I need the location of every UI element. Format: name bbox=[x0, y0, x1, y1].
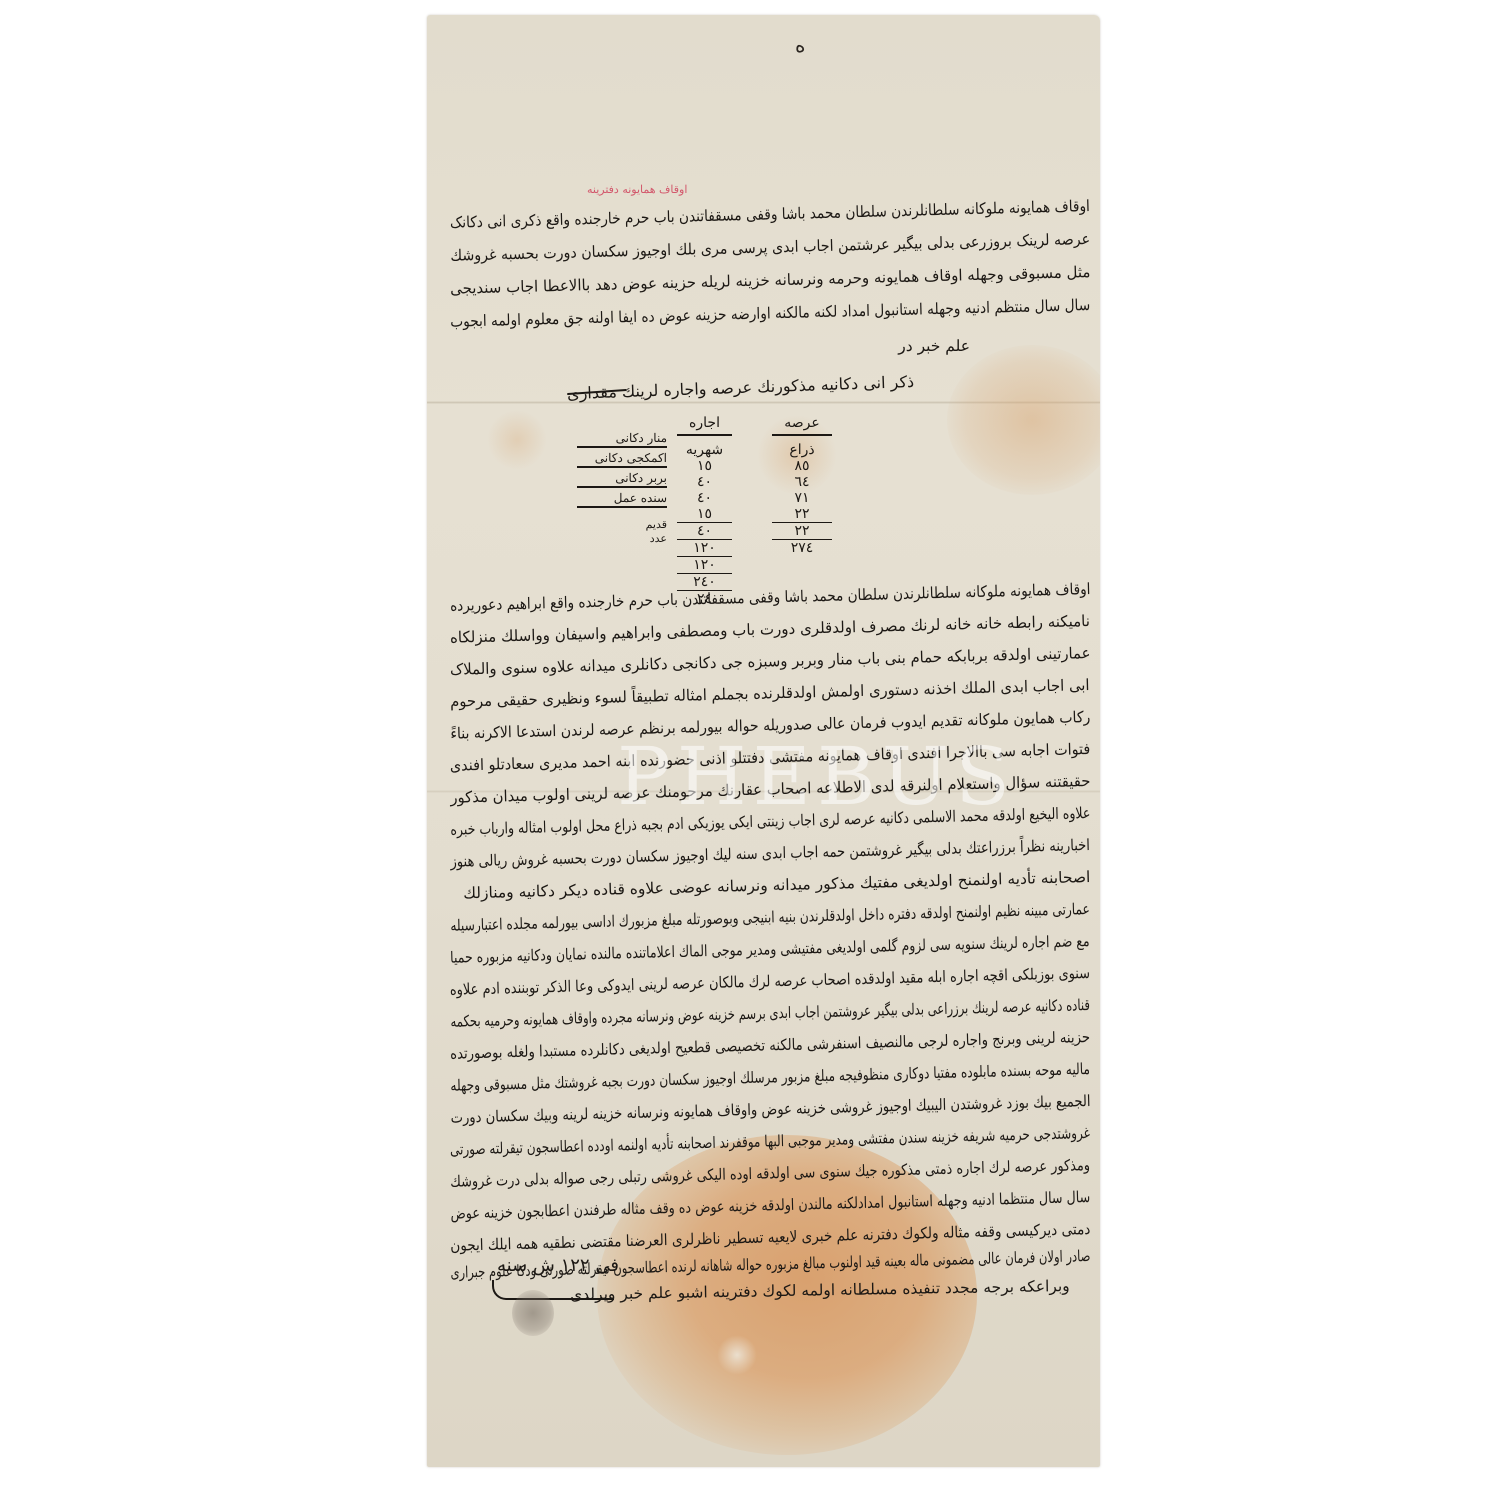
text-line: وبراعکه برجه مجدد تنفیذه مسلطانه اولمه ل… bbox=[570, 1277, 1070, 1304]
column-subheader: ذراع bbox=[772, 442, 832, 458]
text-line: سنوی بوزبلکی اقچه اجاره ابله مقید اولدقد… bbox=[450, 964, 1091, 999]
text-line: حزینه لرینی وبرنج واجاره لرجی مالنصیف اس… bbox=[450, 1028, 1090, 1063]
cell-value: ٦٤ bbox=[772, 474, 832, 490]
subtotal: ١٢٠ bbox=[677, 539, 732, 556]
text-line: قناده دکانیه عرصه لرینك برزراعی بدلی بیگ… bbox=[450, 996, 1090, 1031]
cell-value: ٢٢ bbox=[772, 506, 832, 522]
water-stain bbox=[717, 1335, 757, 1375]
extra-label: عدد bbox=[607, 532, 667, 546]
fold-line bbox=[427, 401, 1100, 404]
column-subheader: شهریه bbox=[677, 442, 732, 458]
subtotal: ١٢٠ bbox=[677, 556, 732, 573]
cell-value: ٤٠ bbox=[677, 490, 732, 506]
text-line: ومذکور عرصه لرك اجاره ذمتی مذکوره جیك سن… bbox=[450, 1156, 1090, 1191]
text-line: غروشتدجی حرمیه شریفه خزینه سندن مفتشی وم… bbox=[450, 1124, 1090, 1159]
signature-stroke bbox=[492, 1280, 614, 1300]
water-stain bbox=[947, 345, 1100, 495]
text-line: الجمیع بیك بوزد غروشتدن الیبیك اوجیوز غر… bbox=[450, 1092, 1090, 1127]
document-page: ه اوقاف همایونه دفترینه اوقاف همایونه مل… bbox=[427, 15, 1100, 1467]
column-header: عرصه bbox=[772, 415, 832, 436]
row-label: سنده عمل bbox=[577, 490, 667, 508]
text-line: نامیکنه رابطه خانه خانه لرنك مصرف اولدقل… bbox=[450, 612, 1090, 647]
red-annotation: اوقاف همایونه دفترینه bbox=[587, 183, 687, 196]
text-line: علم خبر در bbox=[898, 337, 970, 355]
column-icare: اجاره شهریه ١٥ ٤٠ ٤٠ ١٥ ٤٠ ١٢٠ ١٢٠ ٢٤٠ ٢… bbox=[677, 415, 732, 607]
text-line: سال سال منتظما ادنیه وجهله استانبول امدا… bbox=[450, 1188, 1090, 1223]
row-label: منار دکانی bbox=[577, 430, 667, 448]
text-line: عمارتینی اولدقه بربابکه حمام بنی باب منا… bbox=[449, 644, 1090, 679]
text-line: عرصه لرینک بروزرعی بدلی بیگیر عرشتمن اجا… bbox=[450, 230, 1090, 265]
cell-value: ٤٠ bbox=[677, 474, 732, 490]
text-line: اخبارینه نظراً برزراعتك بدلی بیگیر غروشت… bbox=[450, 836, 1090, 871]
extra-label: قدیم bbox=[607, 518, 667, 532]
table-title: ذکر انی دکانیه مذکورنك عرصه واجاره لرینك… bbox=[567, 372, 915, 403]
text-line: اصحابنه تأدیه اولنمنح اولدیغی مفتیك مذکو… bbox=[463, 868, 1091, 902]
text-line: سال سال منتظم ادنیه وجهله استانبول امداد… bbox=[450, 296, 1090, 331]
cell-value: ١٥ bbox=[677, 506, 732, 522]
signature-date: فی ١٢٢ ش سنه bbox=[497, 1255, 619, 1276]
subtotal: ٢٤٠ bbox=[677, 573, 732, 590]
cell-value: ١٥ bbox=[677, 458, 732, 474]
watermark: PHEBUS bbox=[617, 730, 1016, 823]
cell-value: ٨٥ bbox=[772, 458, 832, 474]
text-line: مالیه موحه بسنده مابلوده مفتیا دوکاری من… bbox=[450, 1060, 1090, 1095]
row-label: بربر دکانی bbox=[577, 470, 667, 488]
row-label: اکمکجی دکانی bbox=[577, 450, 667, 468]
column-arsa: عرصه ذراع ٨٥ ٦٤ ٧١ ٢٢ ٢٢ ٢٧٤ bbox=[772, 415, 832, 556]
water-stain bbox=[487, 410, 547, 470]
text-line: عمارتی مبینه نظیم اولنمنح اولدقه دفتره د… bbox=[450, 900, 1090, 935]
text-line: اوقاف همایونه ملوکانه سلطانلرندن سلطان م… bbox=[449, 580, 1090, 615]
column-header: اجاره bbox=[677, 415, 732, 436]
cell-value: ٧١ bbox=[772, 490, 832, 506]
page-marker: ه bbox=[795, 33, 805, 57]
cell-value: ٢٢ bbox=[772, 522, 832, 539]
cell-value: ٤٠ bbox=[677, 522, 732, 539]
seal-icon bbox=[512, 1290, 554, 1336]
text-line: اوقاف همایونه ملوکانه سلطانلرندن سلطان م… bbox=[450, 197, 1090, 232]
text-line: ابی اجاب ابدی الملك اخذنه دستوری اولمش ا… bbox=[450, 676, 1090, 711]
column-total: ٢٧٤ bbox=[772, 539, 832, 556]
row-labels: منار دکانی اکمکجی دکانی بربر دکانی سنده … bbox=[577, 430, 667, 546]
text-line: مع ضم اجاره لرینك سنویه سی لزوم گلمی اول… bbox=[450, 932, 1090, 967]
text-line: مثل مسبوقی وجهله اوقاف همایونه وحرمه ونر… bbox=[449, 263, 1090, 298]
